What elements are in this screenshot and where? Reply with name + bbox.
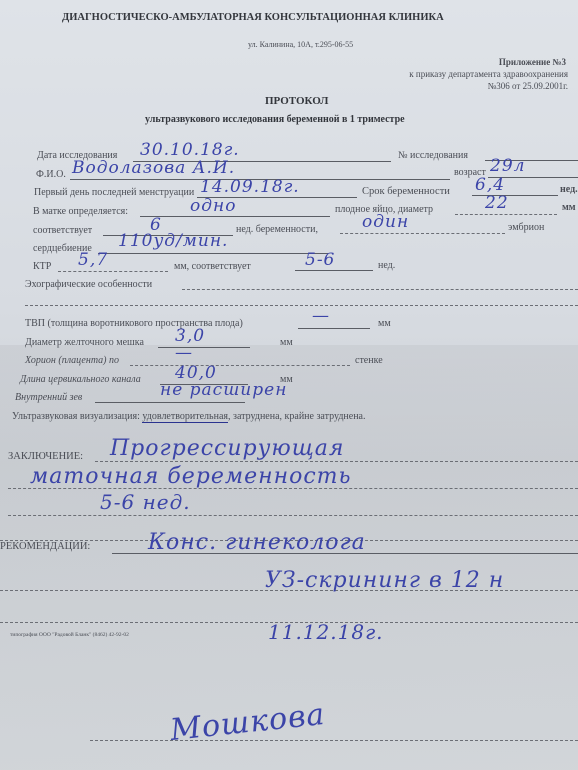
- term-unit: нед.: [560, 184, 578, 195]
- vis-label: Ультразвуковая визуализация:: [12, 411, 140, 422]
- printer-info: типография ООО "Радовой Бланк" (8462) 42…: [10, 632, 129, 638]
- name-label: Ф.И.О.: [36, 169, 66, 180]
- recommendations-label: РЕКОМЕНДАЦИИ:: [0, 541, 90, 552]
- yolk-unit: мм: [280, 337, 293, 348]
- cervix-label: Длина цервикального канала: [20, 374, 141, 385]
- ktr-value[interactable]: 5,7: [78, 250, 108, 270]
- weeks-label: нед. беременности,: [236, 224, 318, 235]
- yolk-label: Диаметр желточного мешка: [25, 337, 144, 348]
- tvp-label: ТВП (толщина воротникового пространства …: [25, 318, 243, 329]
- ktr-unit: мм, соответствует: [174, 261, 251, 272]
- chorion-value[interactable]: —: [175, 343, 193, 363]
- chorion-label: Хорион (плацента) по: [25, 355, 119, 366]
- study-no-label: № исследования: [398, 150, 468, 161]
- clinic-name: ДИАГНОСТИЧЕСКО-АМБУЛАТОРНАЯ КОНСУЛЬТАЦИО…: [62, 12, 444, 23]
- term-label: Срок беременности: [362, 186, 450, 197]
- ktr-weeks-unit: нед.: [378, 260, 395, 271]
- heartbeat-value[interactable]: 110уд/мин.: [118, 231, 228, 251]
- embryo-value[interactable]: один: [362, 212, 409, 232]
- annex-line-1: Приложение №3: [499, 57, 566, 67]
- recommendations-line-1[interactable]: Конс. гинеколога: [148, 530, 366, 555]
- ktr-label: КТР: [33, 261, 51, 272]
- annex-line-3: №306 от 25.09.2001г.: [488, 81, 568, 91]
- visualization-row: Ультразвуковая визуализация: удовлетвори…: [12, 411, 366, 422]
- lmp-label: Первый день последней менструации: [34, 187, 194, 198]
- egg-unit: мм: [562, 202, 576, 213]
- vis-option-selected[interactable]: удовлетворительная: [142, 411, 228, 423]
- egg-value[interactable]: 22: [485, 193, 509, 213]
- conclusion-line-3[interactable]: 5-6 нед.: [100, 490, 191, 514]
- vis-option-3[interactable]: крайне затруднена.: [282, 411, 365, 422]
- tvp-value[interactable]: —: [312, 306, 330, 326]
- age-value[interactable]: 29л: [490, 156, 525, 176]
- conclusion-line-2[interactable]: маточная беременность: [30, 464, 352, 489]
- os-value[interactable]: не расширен: [160, 380, 287, 400]
- os-label: Внутренний зев: [15, 392, 82, 403]
- page-title: ПРОТОКОЛ: [265, 95, 328, 107]
- lmp-value[interactable]: 14.09.18г.: [200, 177, 300, 197]
- date-value[interactable]: 30.10.18г.: [140, 140, 240, 160]
- name-value[interactable]: Водолазова А.И.: [72, 158, 235, 178]
- chorion-unit: стенке: [355, 355, 383, 366]
- embryo-label: эмбрион: [508, 222, 544, 233]
- conclusion-label: ЗАКЛЮЧЕНИЕ:: [8, 451, 83, 462]
- recommendations-line-2[interactable]: УЗ-скрининг в 12 н: [265, 568, 504, 593]
- tvp-unit: мм: [378, 318, 391, 329]
- term-value[interactable]: 6,4: [475, 175, 505, 195]
- annex-line-2: к приказу департамента здравоохранения: [409, 69, 568, 79]
- echo-label: Эхографические особенности: [25, 279, 152, 290]
- page-subtitle: ультразвукового исследования беременной …: [145, 114, 405, 125]
- corresponds-label: соответствует: [33, 225, 92, 236]
- recommendations-line-3[interactable]: 11.12.18г.: [268, 620, 384, 644]
- conclusion-line-1[interactable]: Прогрессирующая: [110, 436, 344, 461]
- vis-option-2[interactable]: , затруднена,: [228, 411, 282, 422]
- uterus-value[interactable]: одно: [190, 196, 236, 216]
- ktr-weeks-value[interactable]: 5-6: [305, 250, 335, 270]
- uterus-label: В матке определяется:: [33, 206, 128, 217]
- clinic-address: ул. Калинина, 10А, т.295-06-55: [248, 40, 353, 49]
